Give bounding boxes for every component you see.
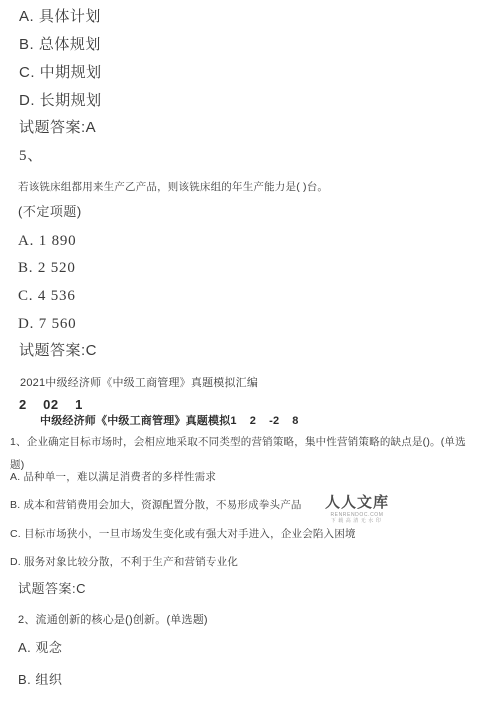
q4-option-b: B. 总体规划 — [19, 36, 101, 55]
watermark-tagline: 下载高清无水印 — [322, 518, 392, 525]
header-title-line: 中级经济师《中级工商管理》真题模拟1 2 -2 8 — [40, 415, 299, 429]
q2-stem: 2、流通创新的核心是()创新。(单选题) — [18, 614, 208, 628]
q2-option-a: A. 观念 — [18, 640, 62, 656]
q1-option-c: C. 目标市场狭小，一旦市场发生变化或有强大对手进入，企业会陷入困境 — [10, 528, 356, 541]
q1-answer-line: 试题答案:C — [18, 581, 86, 597]
q4-option-d: D. 长期规划 — [19, 92, 102, 111]
q5-option-a: A. 1 890 — [18, 232, 76, 251]
q4-option-c: C. 中期规划 — [19, 64, 102, 83]
header-code-line: 2 02 1 — [19, 397, 83, 413]
q4-answer-line: 试题答案:A — [19, 119, 96, 138]
q4-option-a: A. 具体计划 — [19, 8, 101, 27]
q1-option-a: A. 品种单一，难以满足消费者的多样性需求 — [10, 471, 216, 484]
q5-option-d: D. 7 560 — [18, 315, 76, 334]
q5-number: 5、 — [19, 147, 43, 166]
watermark-logo-text: 人人文库 — [322, 495, 392, 512]
q1-option-b: B. 成本和营销费用会加大，资源配置分散，不易形成拳头产品 — [10, 499, 302, 512]
document-page: A. 具体计划 B. 总体规划 C. 中期规划 D. 长期规划 试题答案:A 5… — [0, 0, 500, 708]
q5-option-b: B. 2 520 — [18, 259, 76, 278]
q5-type-label: (不定项题) — [18, 204, 82, 220]
watermark: 人人文库 RENRENDOC.COM 下载高清无水印 — [322, 495, 392, 525]
q1-option-d: D. 服务对象比较分散，不利于生产和营销专业化 — [10, 556, 238, 569]
q2-option-b: B. 组织 — [18, 672, 62, 688]
q5-answer-line: 试题答案:C — [19, 342, 97, 361]
q5-option-c: C. 4 536 — [18, 287, 76, 306]
q5-stem: 若该铣床组都用来生产乙产品，则该铣床组的年生产能力是( )台。 — [18, 181, 328, 194]
compilation-title: 2021中级经济师《中级工商管理》真题模拟汇编 — [20, 377, 258, 391]
